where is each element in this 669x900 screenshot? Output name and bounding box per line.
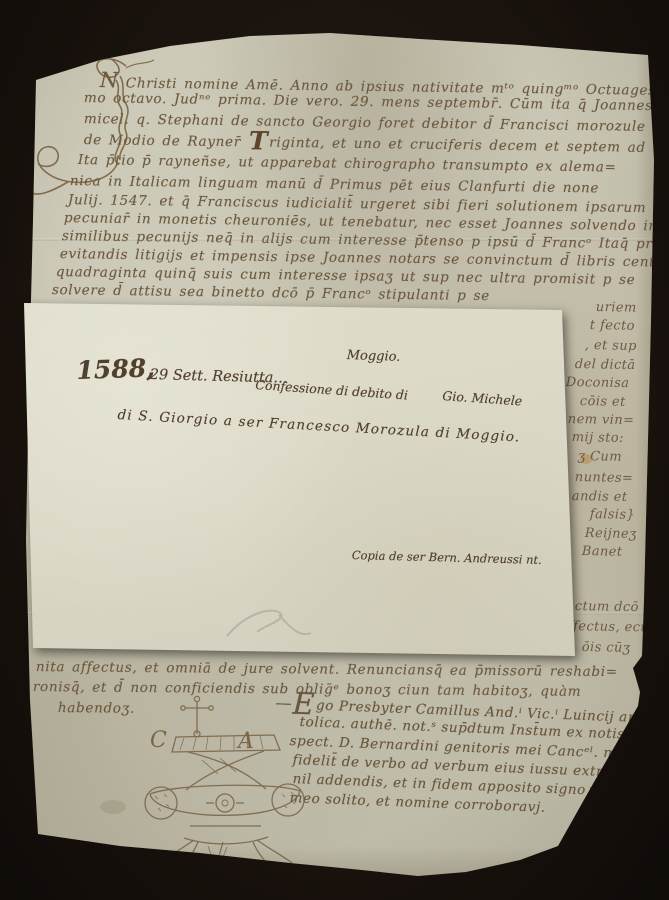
margin-fragment: uriem [596,300,637,316]
manuscript-line: habendoʒ. [58,700,135,717]
margin-fragment: nem vin= [568,412,635,428]
margin-fragment: nuntes= [575,470,634,486]
slip-copy-note: Copia de ser Bern. Andreussi nt. [352,548,542,567]
slip-region-label: Moggio. [346,348,400,365]
slip-summary: Confessione di debito di [255,377,409,403]
age-stain [100,800,126,814]
photo-background: N Christi nomine Amē. Anno ab ipsius nat… [0,0,669,900]
margin-fragment: ffectus, ecū [568,619,650,635]
line-segment: de Modio de Rayner̄ [84,132,248,150]
manuscript-line: solvere d̄ attisu sea binetto dcō p̄ Fra… [52,282,490,304]
slip-year: 1588, [76,353,155,385]
margin-fragment: , et sup [585,338,637,354]
margin-fragment: del dictā [575,357,636,373]
margin-fragment: Reijneʒ [585,526,637,542]
signature-flourish-icon [560,778,650,848]
margin-fragment: Banet [582,544,623,560]
slip-summary: di S. Giorgio a ser Francesco Morozula d… [117,407,521,445]
manuscript-line: nita affectus, et omniā de jure solvent.… [36,659,618,680]
pencil-scribble [219,598,319,653]
line-segment: riginta, et uno et cruciferis decem et s… [269,135,646,156]
slip-summary: Gio. Michele [442,388,523,409]
margin-fragment: ctum dcō [575,599,639,615]
decorated-capital-T: T [249,126,269,155]
margin-fragment: andis et [572,489,628,505]
margin-fragment: cōis et [580,394,626,410]
margin-fragment: mij sto: [572,430,624,446]
archival-slip: Moggio. 1588, 29 Sett. Resiutta… Confess… [24,303,576,658]
margin-fragment: t fecto [590,318,635,334]
margin-fragment: falsis} [590,507,636,523]
notary-signum-icon [128,690,323,885]
margin-fragment: ʒ Cum [578,449,622,465]
margin-fragment: ōis cūʒ [582,640,631,656]
slip-paper: Moggio. 1588, 29 Sett. Resiutta… Confess… [24,303,576,658]
